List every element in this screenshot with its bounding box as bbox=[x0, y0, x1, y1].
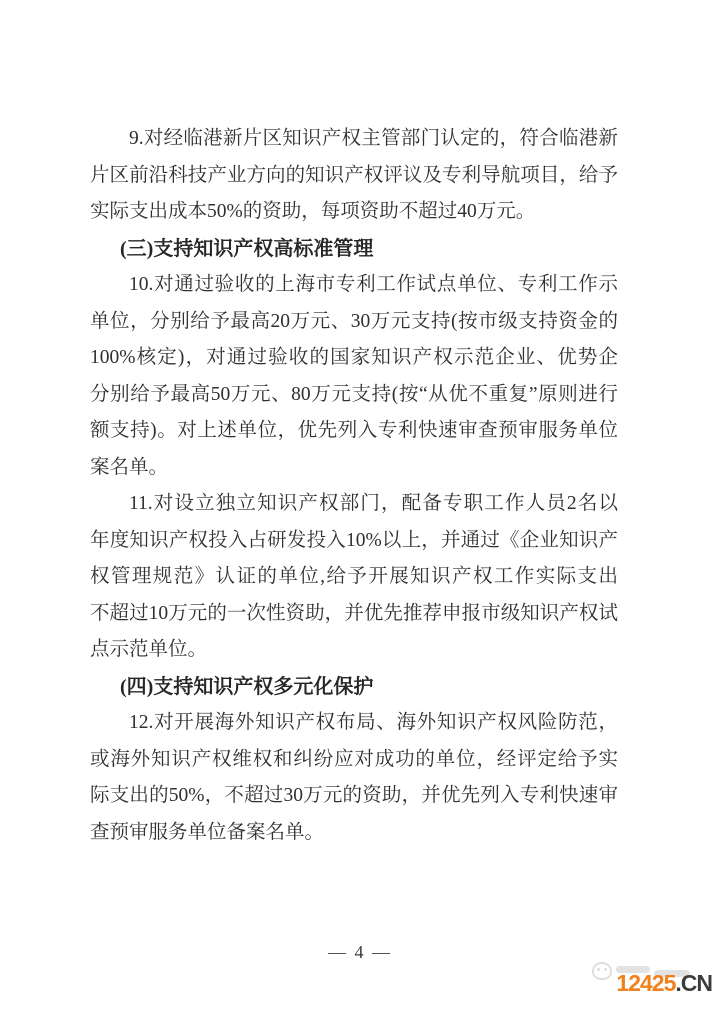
watermark-brand: 12425.CN bbox=[616, 970, 712, 997]
clause-11: 11.对设立独立知识产权部门，配备专职工作人员2名以上，年度知识产权投入占研发投… bbox=[90, 486, 618, 669]
text-line: 点示范单位。 bbox=[90, 632, 618, 669]
section-heading-3: (三)支持知识产权高标准管理 bbox=[90, 231, 618, 268]
page-number: — 4 — bbox=[328, 942, 392, 962]
text-line: 单位，分别给予最高20万元、30万元支持(按市级支持资金的 bbox=[90, 304, 618, 341]
text-line: 10.对通过验收的上海市专利工作试点单位、专利工作示范 bbox=[90, 267, 618, 304]
watermark-brand-number: 12425 bbox=[616, 970, 675, 996]
text-line: 年度知识产权投入占研发投入10%以上，并通过《企业知识产 bbox=[90, 523, 618, 560]
text-line: 9.对经临港新片区知识产权主管部门认定的，符合临港新 bbox=[90, 121, 618, 158]
text-line: 或海外知识产权维权和纠纷应对成功的单位，经评定给予实 bbox=[90, 742, 618, 779]
text-line: 分别给予最高50万元、80万元支持(按“从优不重复”原则进行差 bbox=[90, 377, 618, 414]
text-line: (四)支持知识产权多元化保护 bbox=[90, 669, 618, 706]
watermark-brand-suffix: .CN bbox=[675, 970, 712, 996]
text-line: 12.对开展海外知识产权布局、海外知识产权风险防范， bbox=[90, 705, 618, 742]
text-line: 片区前沿科技产业方向的知识产权评议及专利导航项目，给予 bbox=[90, 158, 618, 195]
text-line: 不超过10万元的一次性资助，并优先推荐申报市级知识产权试 bbox=[90, 596, 618, 633]
text-line: 100%核定)，对通过验收的国家知识产权示范企业、优势企业， bbox=[90, 340, 618, 377]
document-page: 9.对经临港新片区知识产权主管部门认定的，符合临港新片区前沿科技产业方向的知识产… bbox=[0, 0, 720, 1018]
text-line: (三)支持知识产权高标准管理 bbox=[90, 231, 618, 268]
site-watermark: 12425.CN bbox=[584, 958, 714, 1000]
text-line: 际支出的50%，不超过30万元的资助，并优先列入专利快速审 bbox=[90, 778, 618, 815]
text-line: 实际支出成本50%的资助，每项资助不超过40万元。 bbox=[90, 194, 618, 231]
text-line: 案名单。 bbox=[90, 450, 618, 487]
text-line: 权管理规范》认证的单位,给予开展知识产权工作实际支出50%， bbox=[90, 559, 618, 596]
section-heading-4: (四)支持知识产权多元化保护 bbox=[90, 669, 618, 706]
clause-12: 12.对开展海外知识产权布局、海外知识产权风险防范，或海外知识产权维权和纠纷应对… bbox=[90, 705, 618, 851]
clause-9: 9.对经临港新片区知识产权主管部门认定的，符合临港新片区前沿科技产业方向的知识产… bbox=[90, 121, 618, 231]
text-line: 11.对设立独立知识产权部门，配备专职工作人员2名以上， bbox=[90, 486, 618, 523]
ghost-face-icon bbox=[592, 962, 612, 980]
text-line: 额支持)。对上述单位，优先列入专利快速审查预审服务单位备 bbox=[90, 413, 618, 450]
clause-10: 10.对通过验收的上海市专利工作试点单位、专利工作示范单位，分别给予最高20万元… bbox=[90, 267, 618, 486]
text-line: 查预审服务单位备案名单。 bbox=[90, 815, 618, 852]
document-body: 9.对经临港新片区知识产权主管部门认定的，符合临港新片区前沿科技产业方向的知识产… bbox=[90, 121, 618, 851]
